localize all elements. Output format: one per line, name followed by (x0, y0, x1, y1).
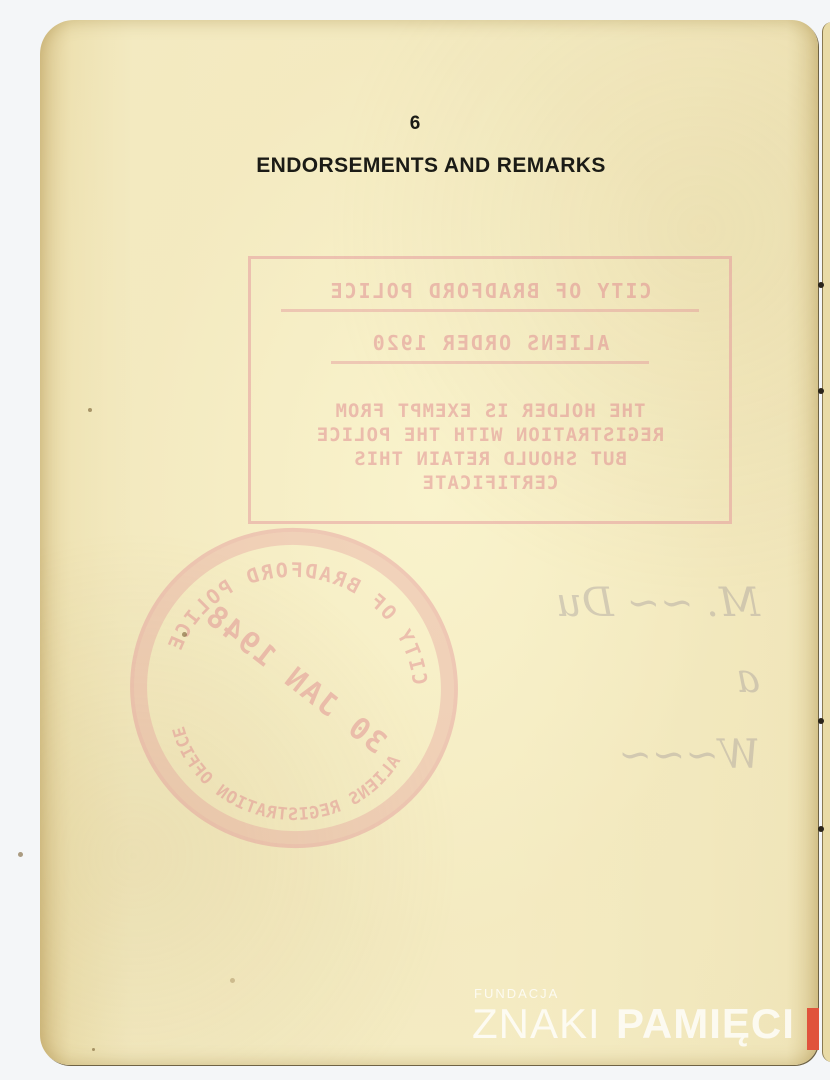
page-number: 6 (0, 113, 830, 135)
signature-line: W~~~ (440, 732, 760, 778)
fundacja-znaki-pamieci-watermark: FUNDACJA ZNAKI PAMIĘCI (470, 984, 820, 1054)
stamp-rect-body-line: CERTIFICATE (261, 471, 719, 495)
paper-spot (182, 632, 187, 637)
stamp-rect-body-line: REGISTRATION WITH THE POLICE (261, 423, 719, 447)
stamp-rect-body-line: BUT SHOULD RETAIN THIS (261, 447, 719, 471)
paper-spot (18, 852, 23, 857)
stamp-rect-body: THE HOLDER IS EXEMPT FROM REGISTRATION W… (261, 399, 719, 495)
binding-stitch-hole (818, 282, 824, 288)
stamp-rect-line2: ALIENS ORDER 1920 (331, 331, 649, 364)
signature-line: M. ~~ Du (440, 580, 760, 626)
police-round-stamp: CITY OF BRADFORD POLICE ALIENS REGISTRAT… (109, 507, 478, 870)
page-title: ENDORSEMENTS AND REMARKS (0, 154, 830, 178)
binding-stitch-hole (818, 718, 824, 724)
signature-line: a (440, 656, 760, 702)
aliens-order-stamp: CITY OF BRADFORD POLICE ALIENS ORDER 192… (248, 256, 732, 524)
watermark-accent-bar (807, 1008, 819, 1050)
watermark-bold: PAMIĘCI (616, 1000, 795, 1048)
paper-spot (230, 978, 235, 983)
faded-signature: M. ~~ Du a W~~~ (440, 580, 760, 800)
binding-stitch-hole (818, 826, 824, 832)
stamp-rect-body-line: THE HOLDER IS EXEMPT FROM (261, 399, 719, 423)
adjacent-page-edge (822, 22, 830, 1062)
stamp-rect-line1: CITY OF BRADFORD POLICE (281, 279, 699, 312)
binding-stitch-hole (818, 388, 824, 394)
paper-spot (88, 408, 92, 412)
paper-spot (92, 1048, 95, 1051)
watermark-small: FUNDACJA (474, 986, 559, 1001)
watermark-light: ZNAKI (472, 1000, 601, 1048)
